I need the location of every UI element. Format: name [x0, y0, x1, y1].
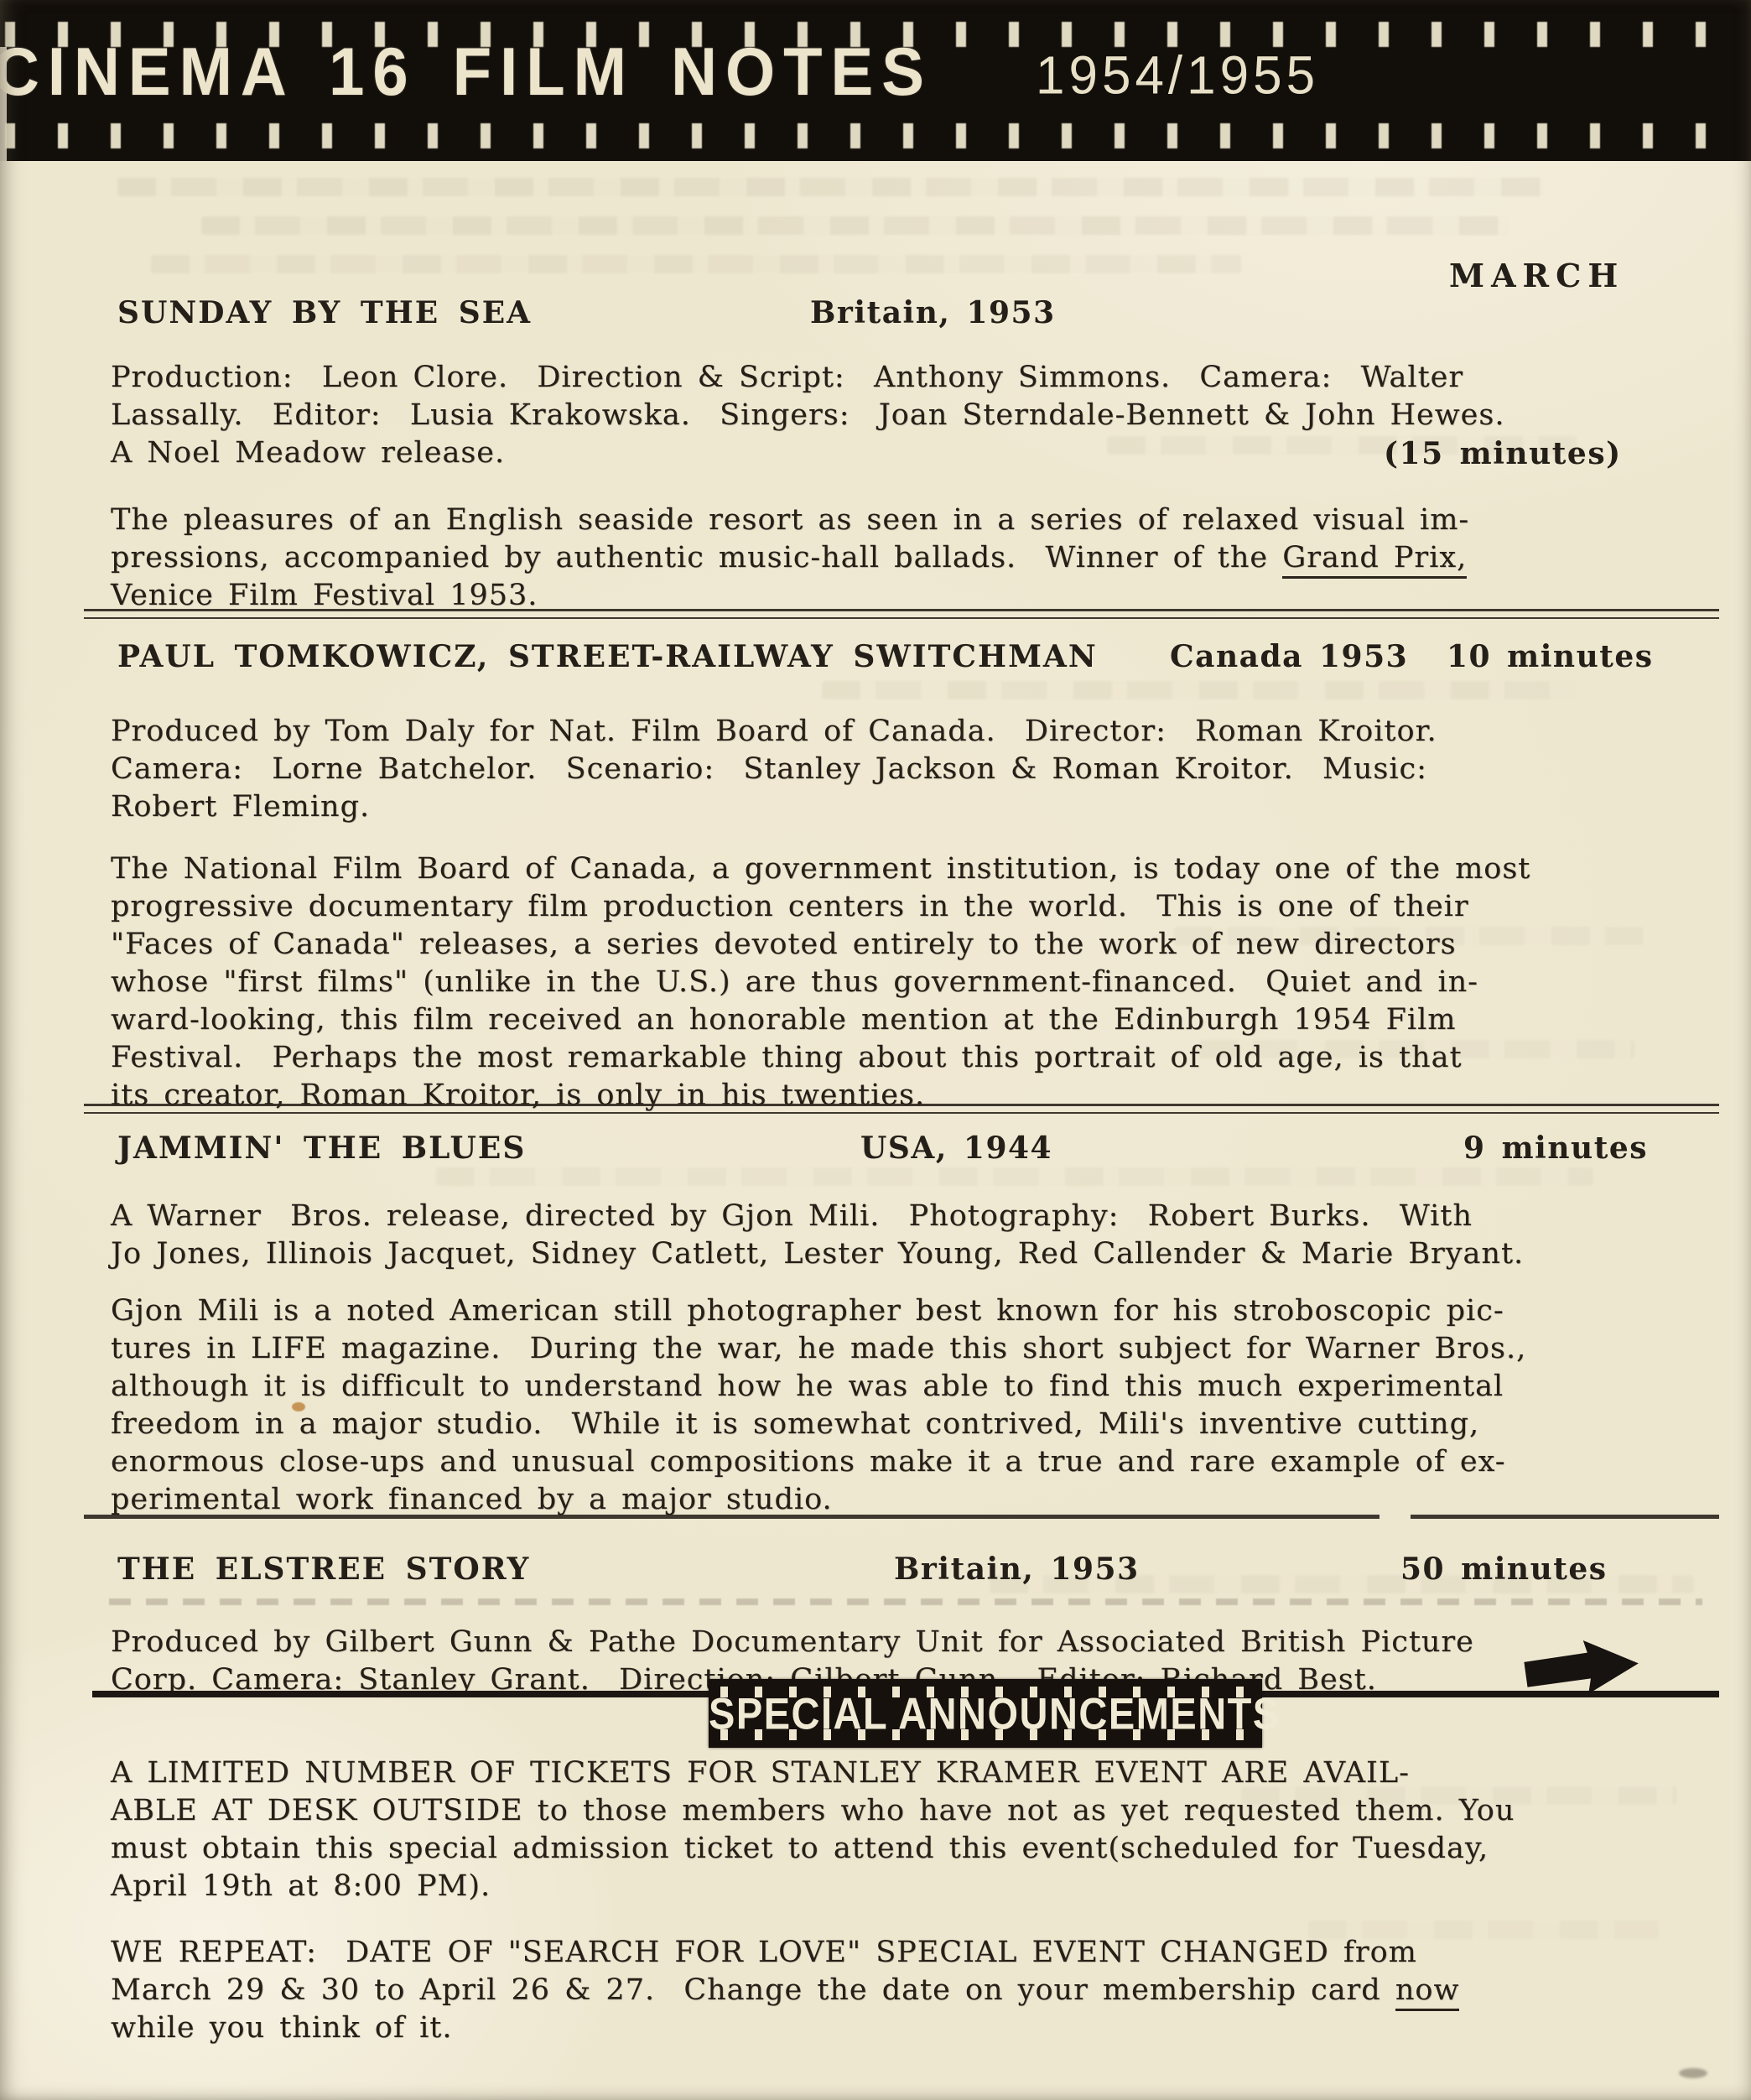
bleed-through-text: [436, 1167, 1593, 1186]
film-title-jammin-the-blues: JAMMIN' THE BLUES: [117, 1131, 526, 1166]
bleed-through-text: [201, 216, 1509, 235]
banner-perforations-bottom-icon: [720, 1729, 1250, 1740]
underlined-text: Grand Prix,: [1282, 541, 1467, 579]
section-divider: [1411, 1515, 1719, 1519]
film-title-paul-tomkowicz: PAUL TOMKOWICZ, STREET-RAILWAY SWITCHMAN: [117, 639, 1098, 674]
film-title-the-elstree-story: THE ELSTREE STORY: [117, 1552, 530, 1587]
notes-text: The pleasures of an English seaside reso…: [111, 503, 1469, 574]
film-duration: 10 minutes: [1447, 639, 1654, 674]
announcement-tickets: A LIMITED NUMBER OF TICKETS FOR STANLEY …: [111, 1754, 1687, 1905]
film-credits: Produced by Tom Daly for Nat. Film Board…: [111, 713, 1687, 826]
bleed-through-dashes: [109, 1598, 1702, 1605]
bleed-through-text: [151, 255, 1241, 273]
film-notes-page: CINEMA 16 FILM NOTES 1954/1955 MARCH SUN…: [0, 0, 1751, 2100]
film-title-sunday-by-the-sea: SUNDAY BY THE SEA: [117, 295, 532, 330]
film-origin: USA, 1944: [860, 1131, 1052, 1166]
film-credits: A Warner Bros. release, directed by Gjon…: [111, 1198, 1687, 1273]
film-notes: The pleasures of an English seaside reso…: [111, 502, 1687, 615]
month-label: MARCH: [1449, 257, 1624, 294]
film-duration: 9 minutes: [1463, 1131, 1648, 1166]
page-title: CINEMA 16 FILM NOTES: [0, 34, 933, 111]
section-divider: [84, 1104, 1719, 1114]
notes-text: Venice Film Festival 1953.: [111, 579, 538, 612]
paper-smudge: [1679, 2068, 1707, 2078]
film-origin: Britain, 1953: [894, 1552, 1140, 1587]
film-origin: Britain, 1953: [810, 295, 1056, 330]
filmstrip-header: CINEMA 16 FILM NOTES 1954/1955: [0, 0, 1751, 161]
special-announcements-banner: SPECIAL ANNOUNCEMENTS: [709, 1679, 1262, 1748]
film-duration: (15 minutes): [1384, 436, 1622, 471]
announcement-text: while you think of it.: [111, 2011, 452, 2045]
bleed-through-text: [822, 681, 1577, 699]
right-arrow-icon: [1523, 1633, 1644, 1702]
season-label: 1954/1955: [1036, 45, 1319, 107]
bleed-through-text: [117, 178, 1543, 196]
film-notes: Gjon Mili is a noted American still phot…: [111, 1292, 1687, 1519]
announcement-text: WE REPEAT: DATE OF "SEARCH FOR LOVE" SPE…: [111, 1936, 1417, 2007]
film-perforations-bottom-icon: [5, 123, 1746, 148]
film-origin: Canada 1953: [1170, 639, 1408, 674]
film-notes: The National Film Board of Canada, a gov…: [111, 850, 1687, 1115]
film-duration: 50 minutes: [1400, 1552, 1608, 1587]
section-divider: [84, 1515, 1379, 1519]
underlined-text: now: [1395, 1973, 1460, 2011]
section-divider: [84, 609, 1719, 619]
announcement-date-change: WE REPEAT: DATE OF "SEARCH FOR LOVE" SPE…: [111, 1934, 1687, 2047]
